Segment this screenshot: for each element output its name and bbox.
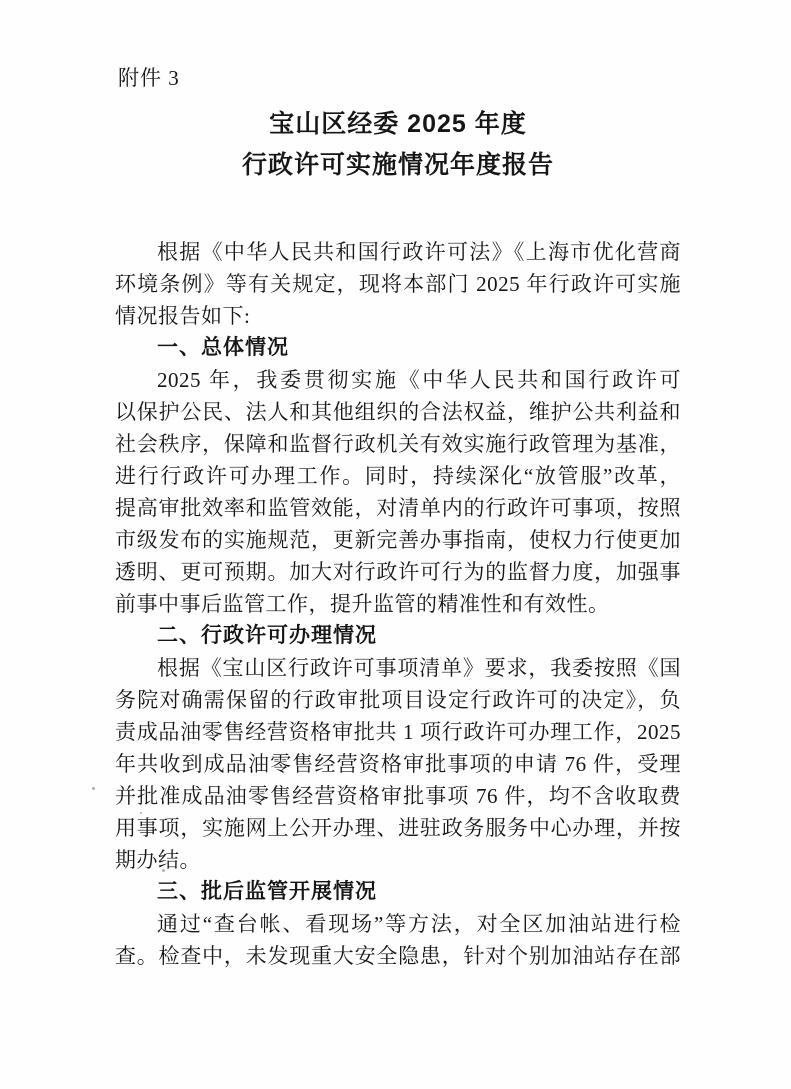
document-line: 务院对确需保留的行政审批项目设定行政许可的决定》，负 (115, 684, 681, 716)
document-body: 根据《中华人民共和国行政许可法》《上海市优化营商环境条例》等有关规定，现将本部门… (115, 236, 681, 972)
document-line: 一、总体情况 (115, 332, 681, 364)
scan-speck (162, 869, 165, 872)
document-line: 进行行政许可办理工作。同时，持续深化“放管服”改革， (115, 460, 681, 492)
document-line: 期办结。 (115, 844, 681, 876)
document-line: 以保护公民、法人和其他组织的合法权益，维护公共利益和 (115, 396, 681, 428)
document-title: 宝山区经委 2025 年度 行政许可实施情况年度报告 (115, 104, 681, 186)
document-line: 用事项，实施网上公开办理、进驻政务服务中心办理，并按 (115, 812, 681, 844)
scanned-document-page: 附件 3 宝山区经委 2025 年度 行政许可实施情况年度报告 根据《中华人民共… (0, 0, 791, 1089)
document-line: 透明、更可预期。加大对行政许可行为的监督力度，加强事 (115, 556, 681, 588)
scan-speck (92, 787, 95, 790)
document-line: 前事中事后监管工作，提升监管的精准性和有效性。 (115, 588, 681, 620)
document-content: 附件 3 宝山区经委 2025 年度 行政许可实施情况年度报告 根据《中华人民共… (115, 0, 681, 972)
document-line: 根据《中华人民共和国行政许可法》《上海市优化营商 (115, 236, 681, 268)
document-line: 通过“查台帐、看现场”等方法，对全区加油站进行检 (115, 908, 681, 940)
document-line: 并批准成品油零售经营资格审批事项 76 件，均不含收取费 (115, 780, 681, 812)
document-line: 社会秩序，保障和监督行政机关有效实施行政管理为基准， (115, 428, 681, 460)
document-line: 2025 年，我委贯彻实施《中华人民共和国行政许可法》， (115, 364, 681, 396)
document-line: 市级发布的实施规范，更新完善办事指南，使权力行使更加 (115, 524, 681, 556)
document-line: 情况报告如下: (115, 300, 681, 332)
document-line: 查。检查中，未发现重大安全隐患，针对个别加油站存在部 (115, 940, 681, 972)
document-title-line-2: 行政许可实施情况年度报告 (115, 145, 681, 186)
document-line: 三、批后监管开展情况 (115, 876, 681, 908)
document-line: 责成品油零售经营资格审批共 1 项行政许可办理工作，2025 (115, 716, 681, 748)
document-title-line-1: 宝山区经委 2025 年度 (115, 104, 681, 145)
document-line: 提高审批效率和监管效能，对清单内的行政许可事项，按照 (115, 492, 681, 524)
document-line: 根据《宝山区行政许可事项清单》要求，我委按照《国 (115, 652, 681, 684)
document-line: 二、行政许可办理情况 (115, 620, 681, 652)
document-line: 环境条例》等有关规定，现将本部门 2025 年行政许可实施 (115, 268, 681, 300)
attachment-label: 附件 3 (115, 63, 681, 93)
document-line: 年共收到成品油零售经营资格审批事项的申请 76 件，受理 (115, 748, 681, 780)
scan-speck (140, 812, 142, 814)
